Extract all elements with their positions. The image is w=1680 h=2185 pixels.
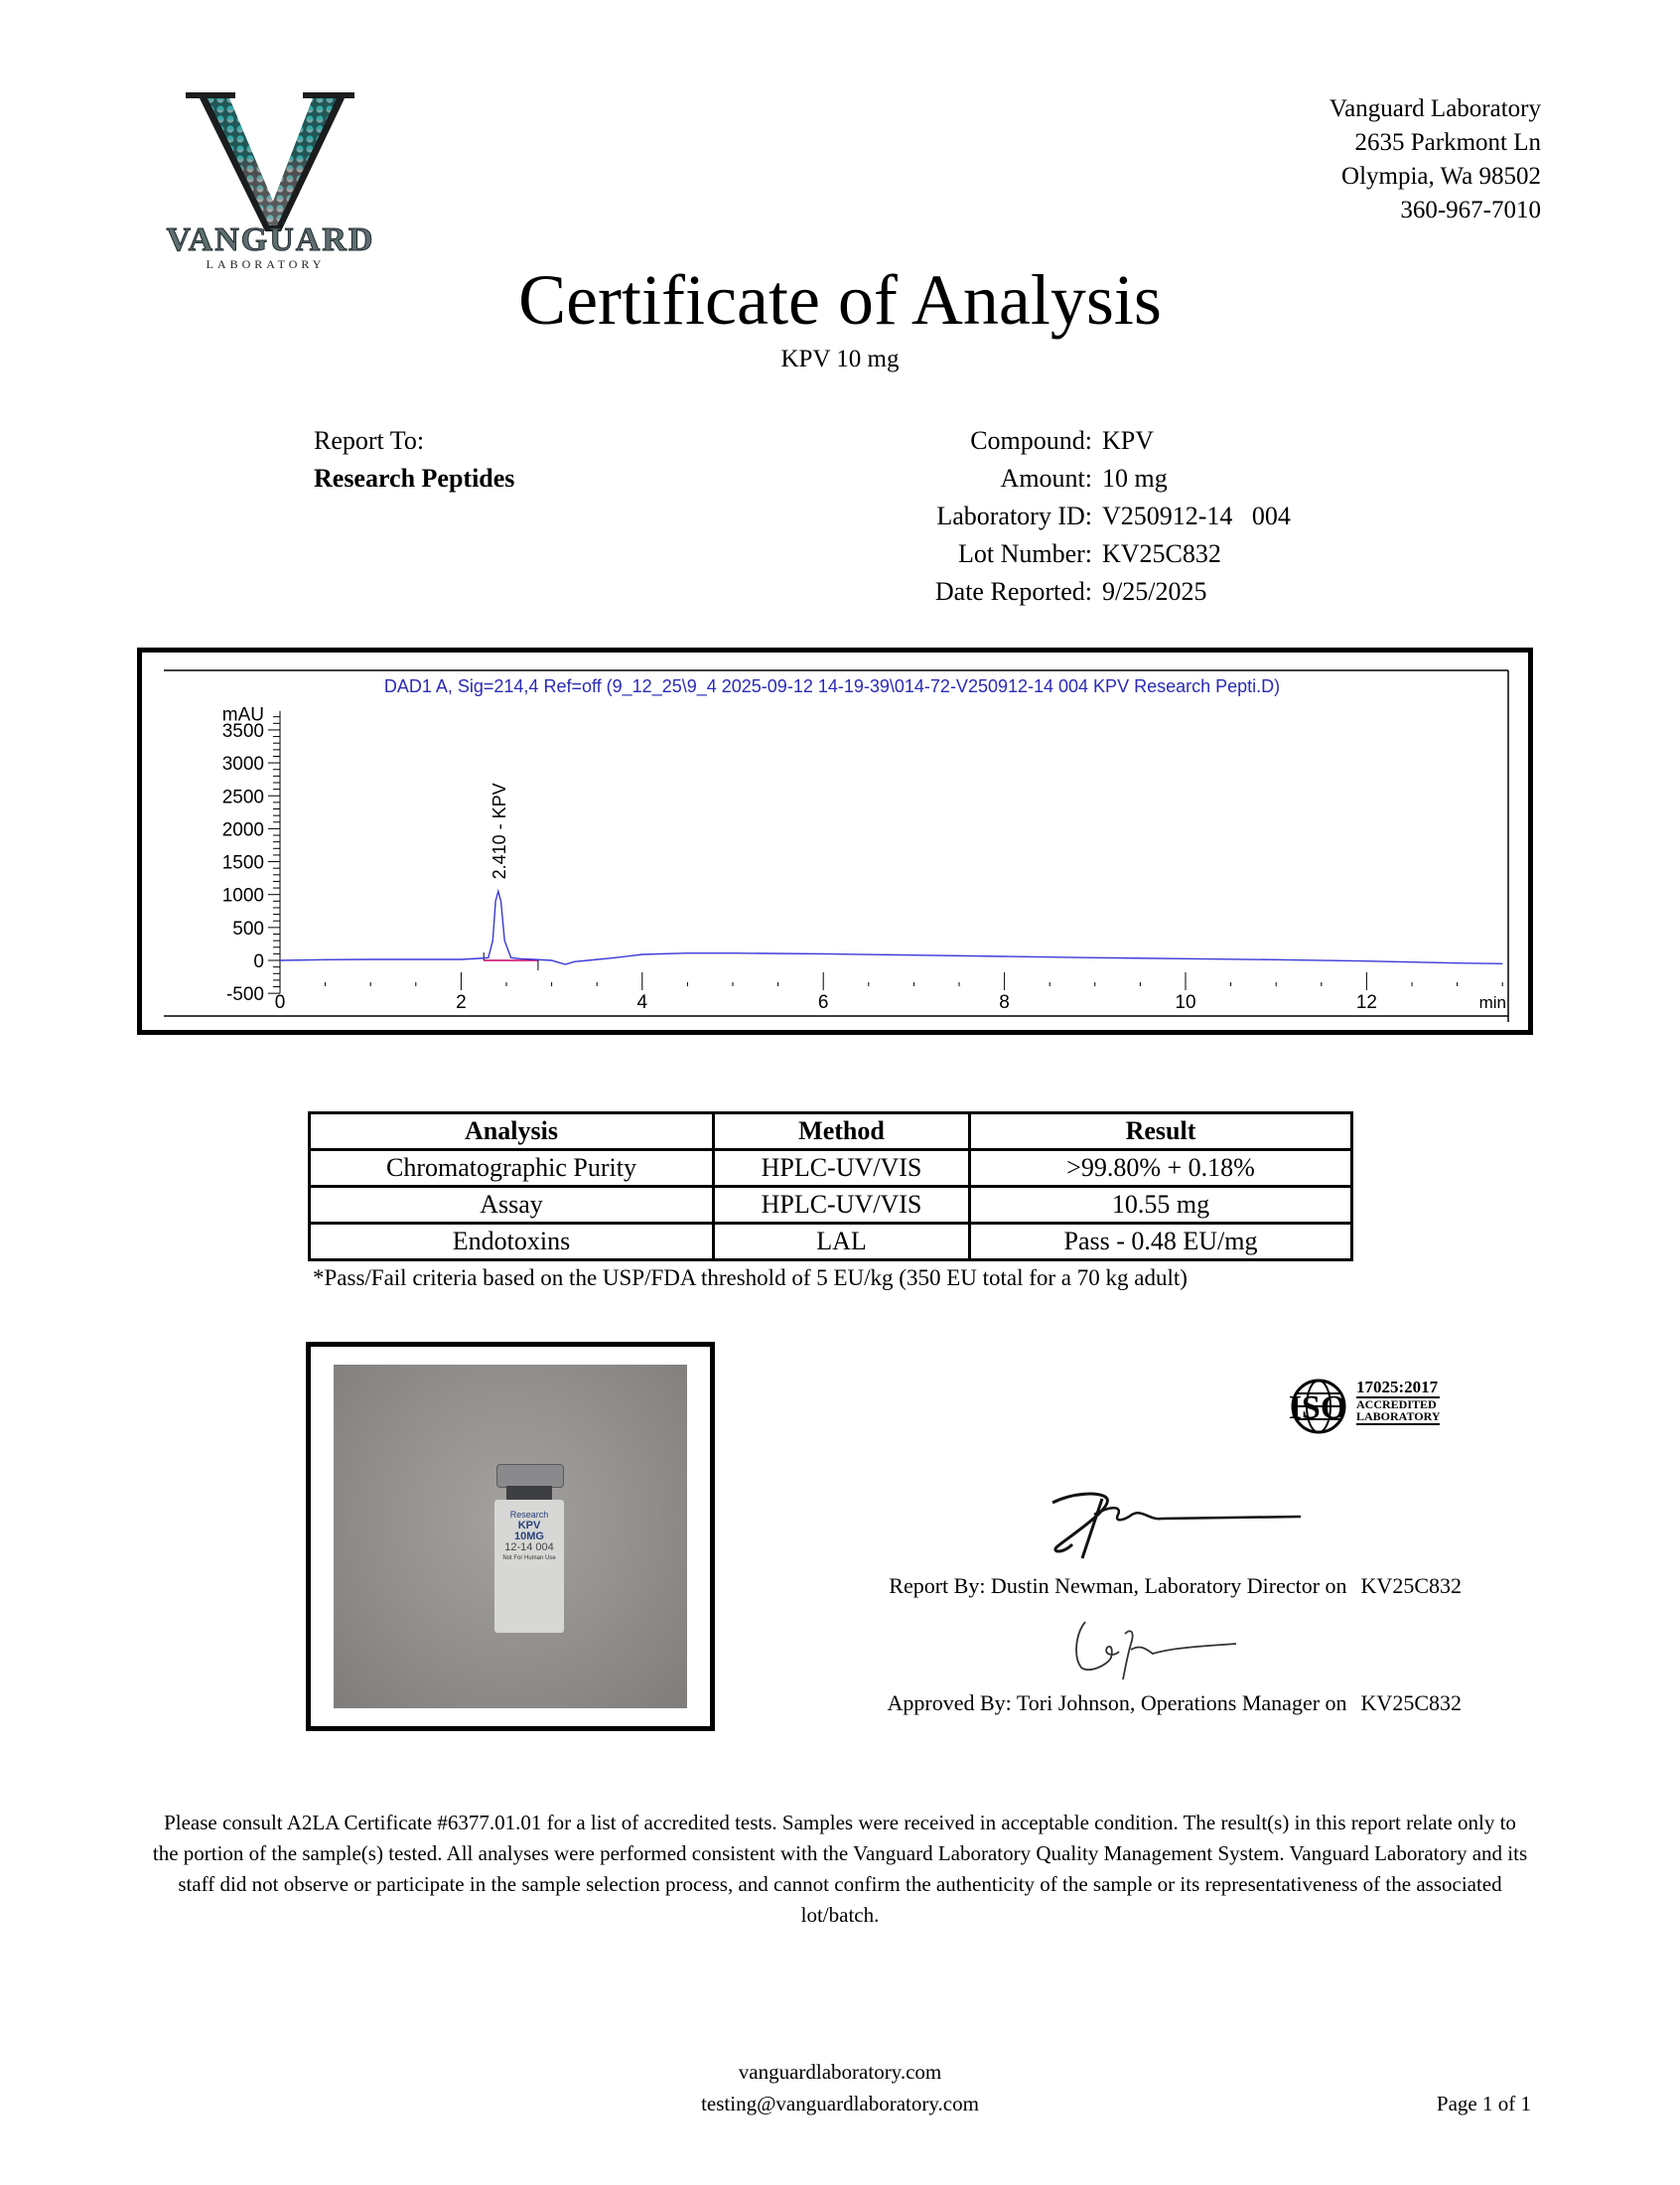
detail-label: Lot Number:	[844, 535, 1102, 573]
svg-text:1000: 1000	[222, 886, 264, 907]
table-row: Assay HPLC-UV/VIS 10.55 mg	[310, 1187, 1352, 1224]
lab-address: Vanguard Laboratory 2635 Parkmont Ln Oly…	[1330, 92, 1541, 227]
svg-text:min: min	[1479, 993, 1506, 1012]
vial-body: Research KPV 10MG 12-14 004 Not For Huma…	[494, 1500, 564, 1633]
iso-globe-icon: ISO	[1279, 1379, 1356, 1434]
cell-analysis: Chromatographic Purity	[310, 1150, 714, 1187]
detail-row-amount: Amount: 10 mg	[844, 460, 1291, 498]
svg-text:2000: 2000	[222, 819, 264, 840]
report-by-text: Report By: Dustin Newman, Laboratory Dir…	[889, 1573, 1346, 1598]
iso-standard: 17025:2017	[1356, 1379, 1440, 1398]
report-by-date: KV25C832	[1361, 1573, 1462, 1598]
cell-method: HPLC-UV/VIS	[714, 1187, 970, 1224]
approved-by-date: KV25C832	[1361, 1690, 1462, 1715]
svg-text:mAU: mAU	[222, 705, 264, 726]
report-to-organization: Research Peptides	[314, 460, 514, 498]
report-to: Report To: Research Peptides	[314, 422, 514, 498]
cell-result: 10.55 mg	[970, 1187, 1352, 1224]
vial-neck	[506, 1486, 552, 1500]
lab-phone: 360-967-7010	[1330, 194, 1541, 227]
detail-row-laboratory-id: Laboratory ID: V250912-14 004	[844, 498, 1291, 535]
svg-text:DAD1 A, Sig=214,4 Ref=off (9_1: DAD1 A, Sig=214,4 Ref=off (9_12_25\9_4 2…	[384, 676, 1280, 697]
chromatogram: DAD1 A, Sig=214,4 Ref=off (9_12_25\9_4 2…	[137, 648, 1533, 1035]
detail-row-compound: Compound: KPV	[844, 422, 1291, 460]
svg-text:6: 6	[818, 992, 829, 1013]
detail-label: Date Reported:	[844, 573, 1102, 611]
lab-name: Vanguard Laboratory	[1330, 92, 1541, 126]
approved-by-text: Approved By: Tori Johnson, Operations Ma…	[888, 1690, 1347, 1715]
footer-website-link[interactable]: vanguardlaboratory.com	[0, 2060, 1680, 2085]
report-to-label: Report To:	[314, 422, 514, 460]
svg-text:0: 0	[275, 992, 286, 1013]
results-table: Analysis Method Result Chromatographic P…	[308, 1111, 1353, 1261]
table-header-row: Analysis Method Result	[310, 1113, 1352, 1150]
chromatogram-plot: DAD1 A, Sig=214,4 Ref=off (9_12_25\9_4 2…	[142, 653, 1528, 1030]
detail-value: V250912-14 004	[1102, 498, 1291, 535]
detail-value: 10 mg	[1102, 460, 1168, 498]
approved-by-line: Approved By: Tori Johnson, Operations Ma…	[888, 1690, 1463, 1716]
svg-text:12: 12	[1356, 992, 1377, 1013]
lab-city: Olympia, Wa 98502	[1330, 160, 1541, 194]
sample-photo: Research KPV 10MG 12-14 004 Not For Huma…	[334, 1365, 687, 1708]
svg-text:ISO: ISO	[1289, 1389, 1347, 1426]
page-number: Page 1 of 1	[1437, 2092, 1531, 2116]
signature-tori-johnson	[1067, 1614, 1246, 1683]
cell-result: Pass - 0.48 EU/mg	[970, 1224, 1352, 1260]
svg-text:3000: 3000	[222, 754, 264, 775]
cell-method: HPLC-UV/VIS	[714, 1150, 970, 1187]
header-method: Method	[714, 1113, 970, 1150]
detail-row-date-reported: Date Reported: 9/25/2025	[844, 573, 1291, 611]
vial-label: Research KPV 10MG 12-14 004 Not For Huma…	[496, 1510, 562, 1564]
cell-result: >99.80% + 0.18%	[970, 1150, 1352, 1187]
svg-text:4: 4	[637, 992, 648, 1013]
sample-photo-frame: Research KPV 10MG 12-14 004 Not For Huma…	[306, 1342, 715, 1731]
page-subtitle: KPV 10 mg	[0, 346, 1680, 373]
svg-text:2: 2	[456, 992, 467, 1013]
vial-label-lot: 12-14 004	[496, 1542, 562, 1553]
svg-text:10: 10	[1175, 992, 1195, 1013]
svg-text:1500: 1500	[222, 853, 264, 874]
footer-email-link[interactable]: testing@vanguardlaboratory.com	[0, 2092, 1680, 2116]
cell-analysis: Assay	[310, 1187, 714, 1224]
detail-value: 9/25/2025	[1102, 573, 1206, 611]
detail-label: Laboratory ID:	[844, 498, 1102, 535]
svg-text:500: 500	[232, 919, 264, 940]
cell-analysis: Endotoxins	[310, 1224, 714, 1260]
header-result: Result	[970, 1113, 1352, 1150]
vial-label-note: Not For Human Use	[496, 1553, 562, 1564]
logo-brand-text: VANGUARD	[164, 221, 377, 259]
svg-text:2500: 2500	[222, 787, 264, 807]
v-logo-icon	[186, 84, 354, 233]
svg-text:0: 0	[253, 951, 264, 972]
disclaimer: Please consult A2LA Certificate #6377.01…	[149, 1808, 1531, 1931]
iso-text: 17025:2017 ACCREDITED LABORATORY	[1356, 1379, 1440, 1425]
sample-details: Compound: KPV Amount: 10 mg Laboratory I…	[844, 422, 1291, 611]
detail-label: Amount:	[844, 460, 1102, 498]
iso-laboratory: LABORATORY	[1356, 1410, 1440, 1425]
header-analysis: Analysis	[310, 1113, 714, 1150]
signature-dustin-newman	[1033, 1485, 1311, 1564]
vial-cap	[496, 1464, 564, 1488]
lab-street: 2635 Parkmont Ln	[1330, 126, 1541, 160]
iso-accreditation-badge: ISO 17025:2017 ACCREDITED LABORATORY	[1279, 1379, 1468, 1438]
page-title: Certificate of Analysis	[0, 260, 1680, 340]
detail-value: KPV	[1102, 422, 1154, 460]
svg-text:2.410 - KPV: 2.410 - KPV	[490, 783, 509, 879]
table-row: Endotoxins LAL Pass - 0.48 EU/mg	[310, 1224, 1352, 1260]
detail-label: Compound:	[844, 422, 1102, 460]
cell-method: LAL	[714, 1224, 970, 1260]
table-row: Chromatographic Purity HPLC-UV/VIS >99.8…	[310, 1150, 1352, 1187]
detail-value: KV25C832	[1102, 535, 1221, 573]
svg-text:-500: -500	[226, 984, 264, 1005]
detail-row-lot-number: Lot Number: KV25C832	[844, 535, 1291, 573]
vial-image: Research KPV 10MG 12-14 004 Not For Huma…	[494, 1464, 564, 1633]
table-footnote: *Pass/Fail criteria based on the USP/FDA…	[313, 1265, 1188, 1291]
svg-text:8: 8	[999, 992, 1010, 1013]
vanguard-logo: VANGUARD LABORATORY	[164, 84, 377, 263]
report-by-line: Report By: Dustin Newman, Laboratory Dir…	[889, 1573, 1462, 1599]
